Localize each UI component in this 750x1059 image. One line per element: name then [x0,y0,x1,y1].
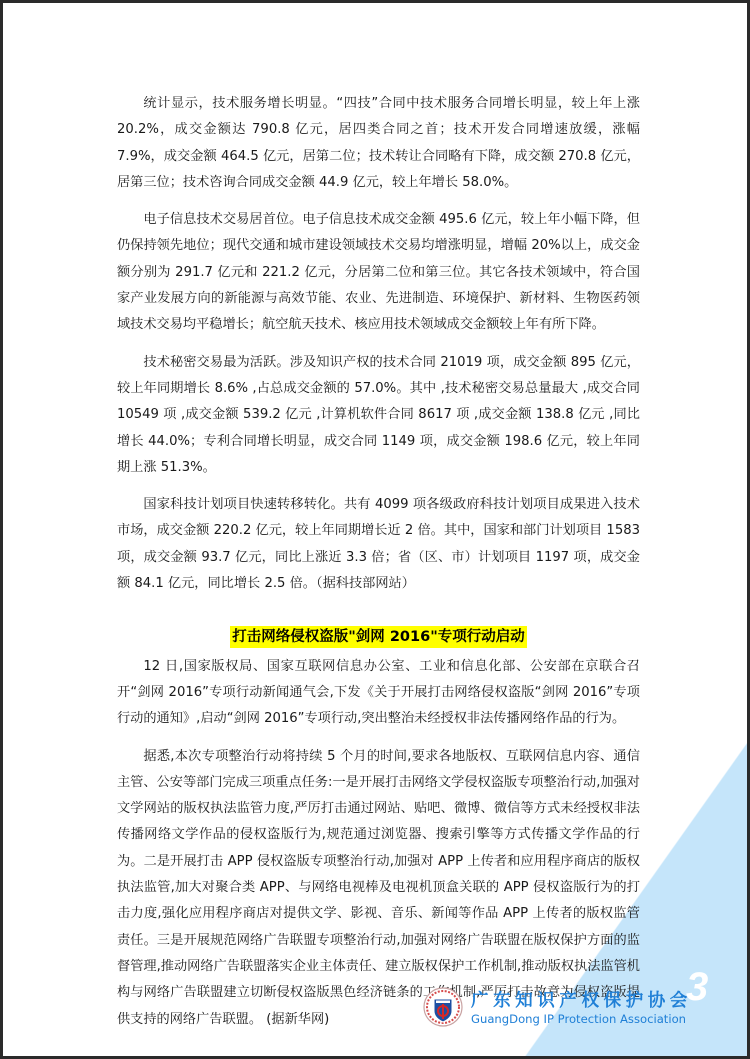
article-headline: 打击网络侵权盗版"剑网 2016"专项行动启动 [230,626,527,648]
paragraph-jianwang-launch: 12 日,国家版权局、国家互联网信息办公室、工业和信息化部、公安部在京联合召开“… [117,654,640,733]
association-emblem-icon [423,987,463,1027]
paragraph-tech-secrets: 技术秘密交易最为活跃。涉及知识产权的技术合同 21019 项，成交金额 895 … [117,350,640,481]
org-name-chinese: 广东知识产权保护协会 [471,987,692,1012]
article-headline-wrap: 打击网络侵权盗版"剑网 2016"专项行动启动 [117,625,640,651]
paragraph-tech-services: 统计显示，技术服务增长明显。“四技”合同中技术服务合同增长明显，较上年上涨 20… [117,91,640,196]
document-page: 统计显示，技术服务增长明显。“四技”合同中技术服务合同增长明显，较上年上涨 20… [0,0,750,1059]
paragraph-national-plan: 国家科技计划项目快速转移转化。共有 4099 项各级政府科技计划项目成果进入技术… [117,492,640,597]
page-number: 3 [686,965,708,1010]
footer-branding: 广东知识产权保护协会 GuangDong IP Protection Assoc… [423,987,723,1037]
org-name-english: GuangDong IP Protection Association [471,1012,686,1026]
article-body: 统计显示，技术服务增长明显。“四技”合同中技术服务合同增长明显，较上年上涨 20… [117,91,640,1044]
paragraph-electronic-info: 电子信息技术交易居首位。电子信息技术成交金额 495.6 亿元，较上年小幅下降，… [117,207,640,338]
